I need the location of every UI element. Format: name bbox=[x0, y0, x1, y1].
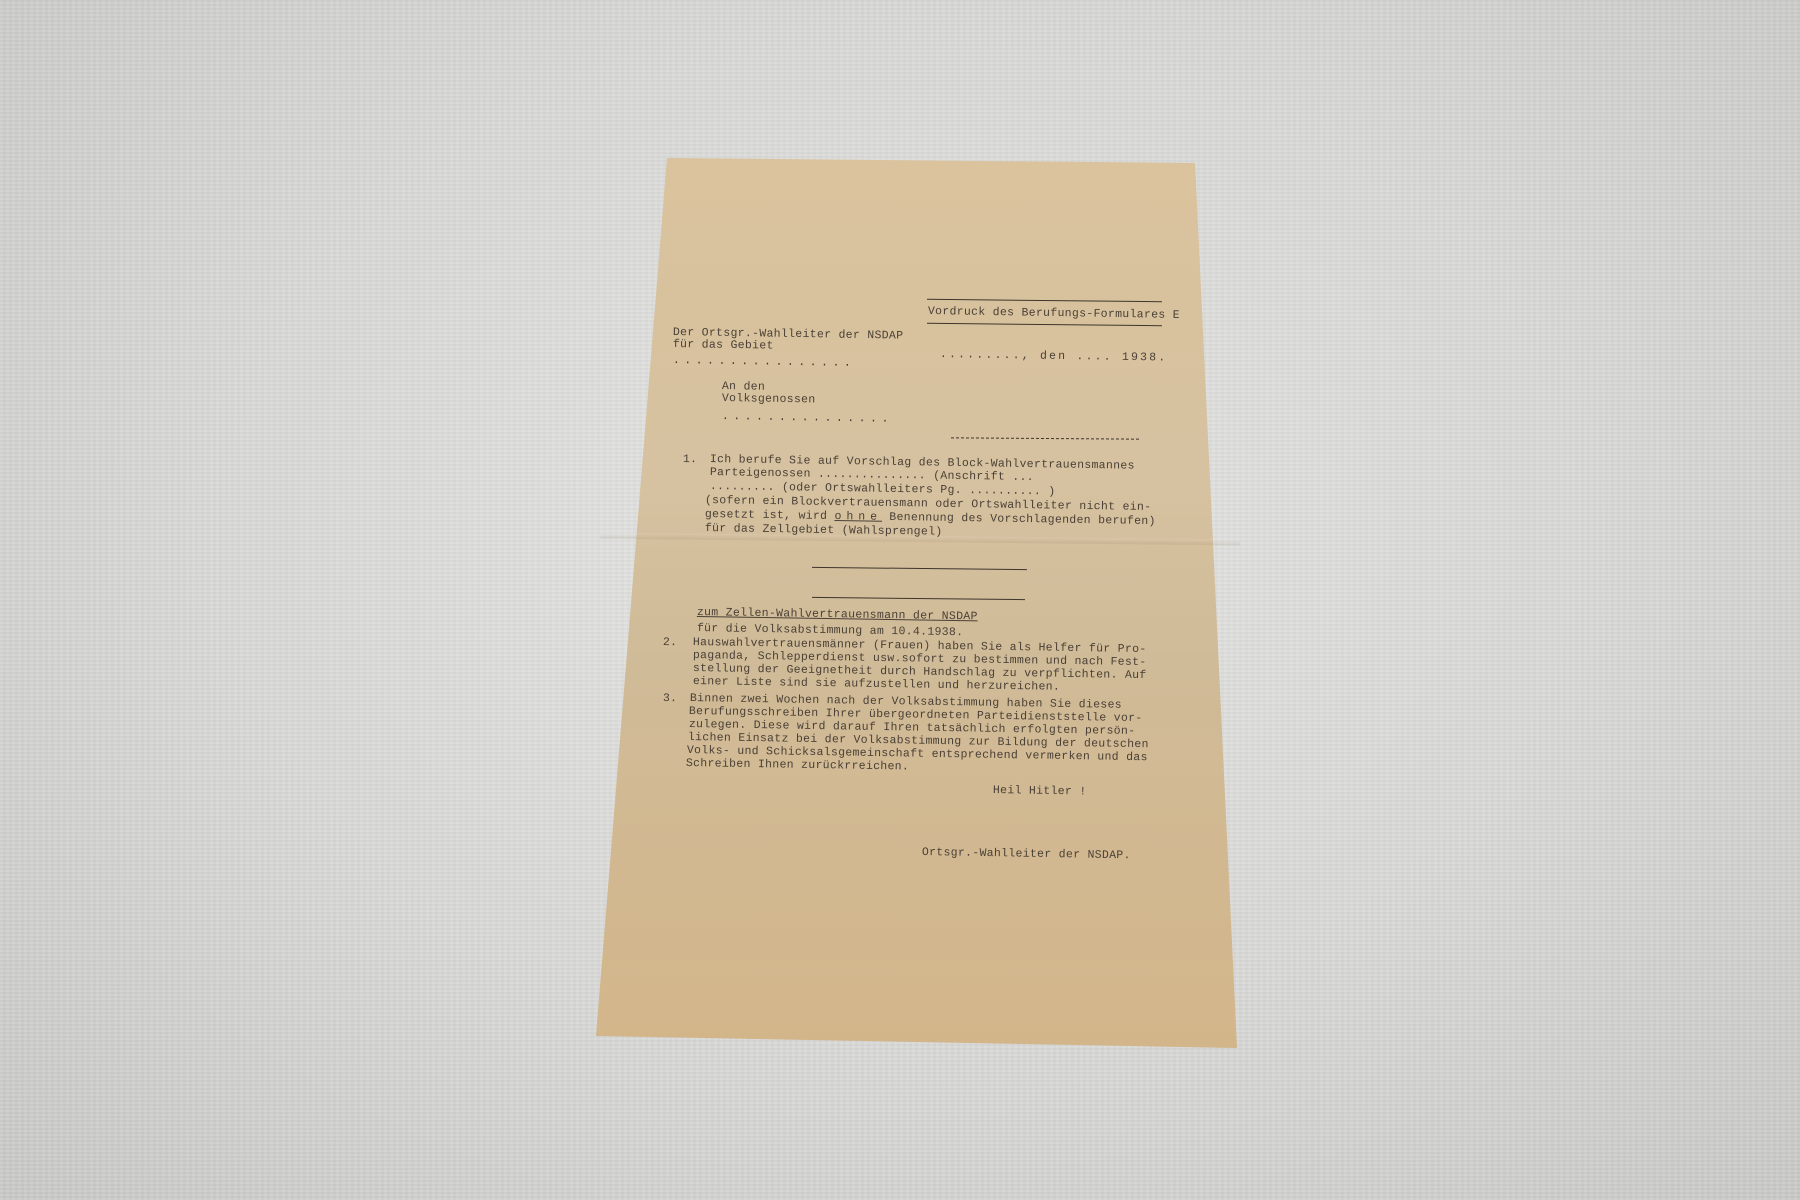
ohne-emphasis: ohne bbox=[834, 510, 882, 524]
closing-salutation: Heil Hitler ! bbox=[993, 784, 1087, 798]
item-3-number: 3. bbox=[663, 692, 678, 705]
recipient-dots: ............... bbox=[722, 410, 893, 426]
item-1-line-5-before: gesetzt ist, wird bbox=[705, 508, 835, 523]
recipient-line-2: Volksgenossen bbox=[722, 392, 816, 406]
sender-line-2: für das Gebiet bbox=[673, 338, 774, 353]
item-2-number: 2. bbox=[663, 636, 678, 649]
item-1-number: 1. bbox=[683, 453, 698, 466]
